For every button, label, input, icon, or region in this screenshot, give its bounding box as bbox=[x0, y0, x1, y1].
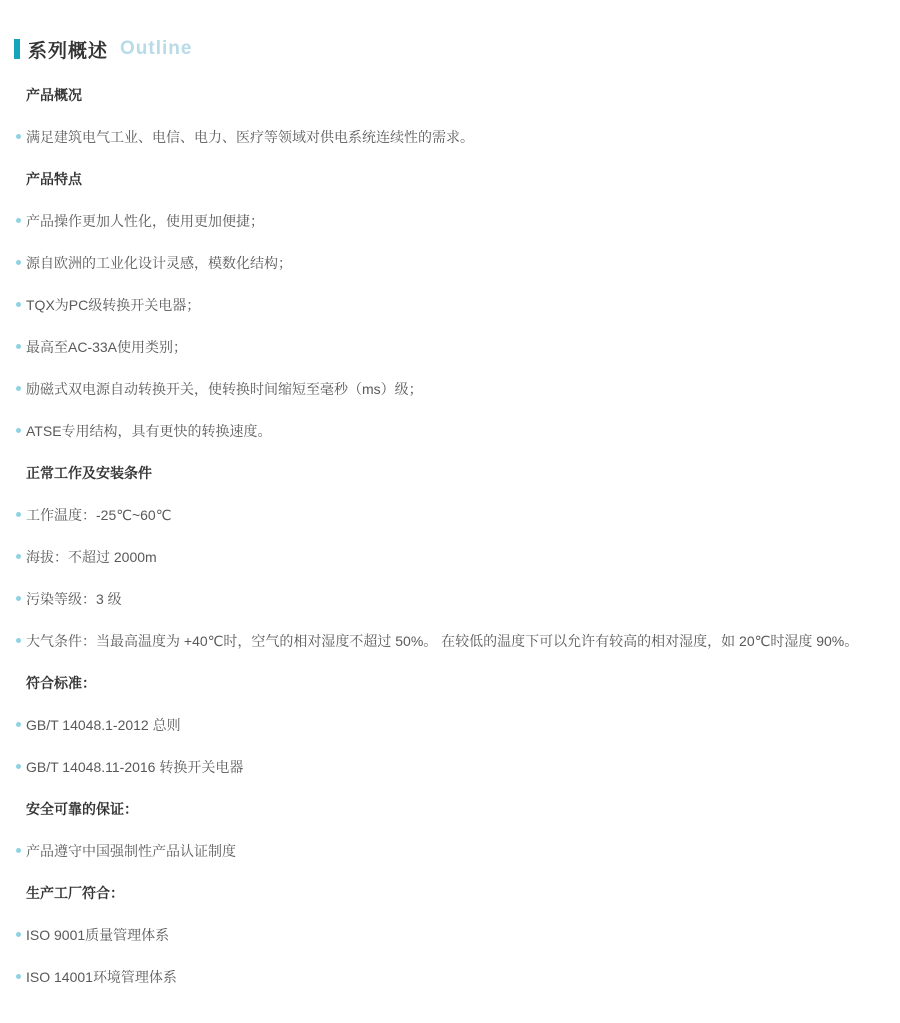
bullet-text: GB/T 14048.11-2016 转换开关电器 bbox=[26, 758, 243, 776]
bullet-item: 励磁式双电源自动转换开关，使转换时间缩短至毫秒（ms）级； bbox=[26, 380, 890, 398]
bullet-text: 源自欧洲的工业化设计灵感，模数化结构； bbox=[26, 254, 292, 272]
bullet-item: 大气条件：当最高温度为 +40℃时，空气的相对湿度不超过 50%。 在较低的温度… bbox=[26, 632, 890, 650]
page-title-zh: 系列概述 bbox=[28, 36, 108, 63]
bullet-text: 产品遵守中国强制性产品认证制度 bbox=[26, 842, 236, 860]
bullet-item: GB/T 14048.1-2012 总则 bbox=[26, 716, 890, 734]
bullet-dot-icon bbox=[16, 428, 21, 433]
section-title-row: 系列概述 Outline bbox=[14, 38, 900, 60]
bullet-item: 最高至AC-33A使用类别； bbox=[26, 338, 890, 356]
bullet-item: 产品遵守中国强制性产品认证制度 bbox=[26, 842, 890, 860]
bullet-dot-icon bbox=[16, 344, 21, 349]
section-heading-safety-guarantee: 安全可靠的保证： bbox=[26, 800, 890, 818]
bullet-dot-icon bbox=[16, 512, 21, 517]
bullet-dot-icon bbox=[16, 596, 21, 601]
bullet-text: 污染等级：3 级 bbox=[26, 590, 122, 608]
bullet-dot-icon bbox=[16, 638, 21, 643]
bullet-item: TQX为PC级转换开关电器； bbox=[26, 296, 890, 314]
content-area: 产品概况 满足建筑电气工业、电信、电力、医疗等领域对供电系统连续性的需求。 产品… bbox=[26, 86, 890, 986]
bullet-text: ISO 14001环境管理体系 bbox=[26, 968, 177, 986]
bullet-dot-icon bbox=[16, 848, 21, 853]
bullet-text: 最高至AC-33A使用类别； bbox=[26, 338, 187, 356]
bullet-text: 产品操作更加人性化，使用更加便捷； bbox=[26, 212, 264, 230]
section-heading-working-conditions: 正常工作及安装条件 bbox=[26, 464, 890, 482]
bullet-item: ISO 9001质量管理体系 bbox=[26, 926, 890, 944]
title-accent-bar bbox=[14, 39, 20, 59]
bullet-dot-icon bbox=[16, 554, 21, 559]
bullet-text: TQX为PC级转换开关电器； bbox=[26, 296, 200, 314]
bullet-dot-icon bbox=[16, 302, 21, 307]
bullet-text: 海拔：不超过 2000m bbox=[26, 548, 157, 566]
bullet-text: 工作温度：-25℃~60℃ bbox=[26, 506, 171, 524]
bullet-dot-icon bbox=[16, 218, 21, 223]
section-heading-product-features: 产品特点 bbox=[26, 170, 890, 188]
bullet-dot-icon bbox=[16, 764, 21, 769]
bullet-item: 污染等级：3 级 bbox=[26, 590, 890, 608]
bullet-item: 源自欧洲的工业化设计灵感，模数化结构； bbox=[26, 254, 890, 272]
bullet-dot-icon bbox=[16, 974, 21, 979]
bullet-text: 满足建筑电气工业、电信、电力、医疗等领域对供电系统连续性的需求。 bbox=[26, 128, 474, 146]
bullet-text: GB/T 14048.1-2012 总则 bbox=[26, 716, 181, 734]
bullet-text: ATSE专用结构，具有更快的转换速度。 bbox=[26, 422, 272, 440]
bullet-item: 满足建筑电气工业、电信、电力、医疗等领域对供电系统连续性的需求。 bbox=[26, 128, 890, 146]
bullet-item: 海拔：不超过 2000m bbox=[26, 548, 890, 566]
bullet-item: 产品操作更加人性化，使用更加便捷； bbox=[26, 212, 890, 230]
bullet-dot-icon bbox=[16, 722, 21, 727]
section-heading-factory-compliance: 生产工厂符合： bbox=[26, 884, 890, 902]
bullet-item: 工作温度：-25℃~60℃ bbox=[26, 506, 890, 524]
bullet-item: ATSE专用结构，具有更快的转换速度。 bbox=[26, 422, 890, 440]
outline-page: 系列概述 Outline 产品概况 满足建筑电气工业、电信、电力、医疗等领域对供… bbox=[0, 0, 900, 1023]
bullet-dot-icon bbox=[16, 134, 21, 139]
section-heading-product-overview: 产品概况 bbox=[26, 86, 890, 104]
page-title-en: Outline bbox=[120, 38, 192, 60]
bullet-dot-icon bbox=[16, 932, 21, 937]
section-heading-standards: 符合标准： bbox=[26, 674, 890, 692]
bullet-dot-icon bbox=[16, 386, 21, 391]
bullet-item: ISO 14001环境管理体系 bbox=[26, 968, 890, 986]
bullet-dot-icon bbox=[16, 260, 21, 265]
bullet-text: ISO 9001质量管理体系 bbox=[26, 926, 169, 944]
bullet-item: GB/T 14048.11-2016 转换开关电器 bbox=[26, 758, 890, 776]
bullet-text: 大气条件：当最高温度为 +40℃时，空气的相对湿度不超过 50%。 在较低的温度… bbox=[26, 632, 858, 650]
bullet-text: 励磁式双电源自动转换开关，使转换时间缩短至毫秒（ms）级； bbox=[26, 380, 423, 398]
